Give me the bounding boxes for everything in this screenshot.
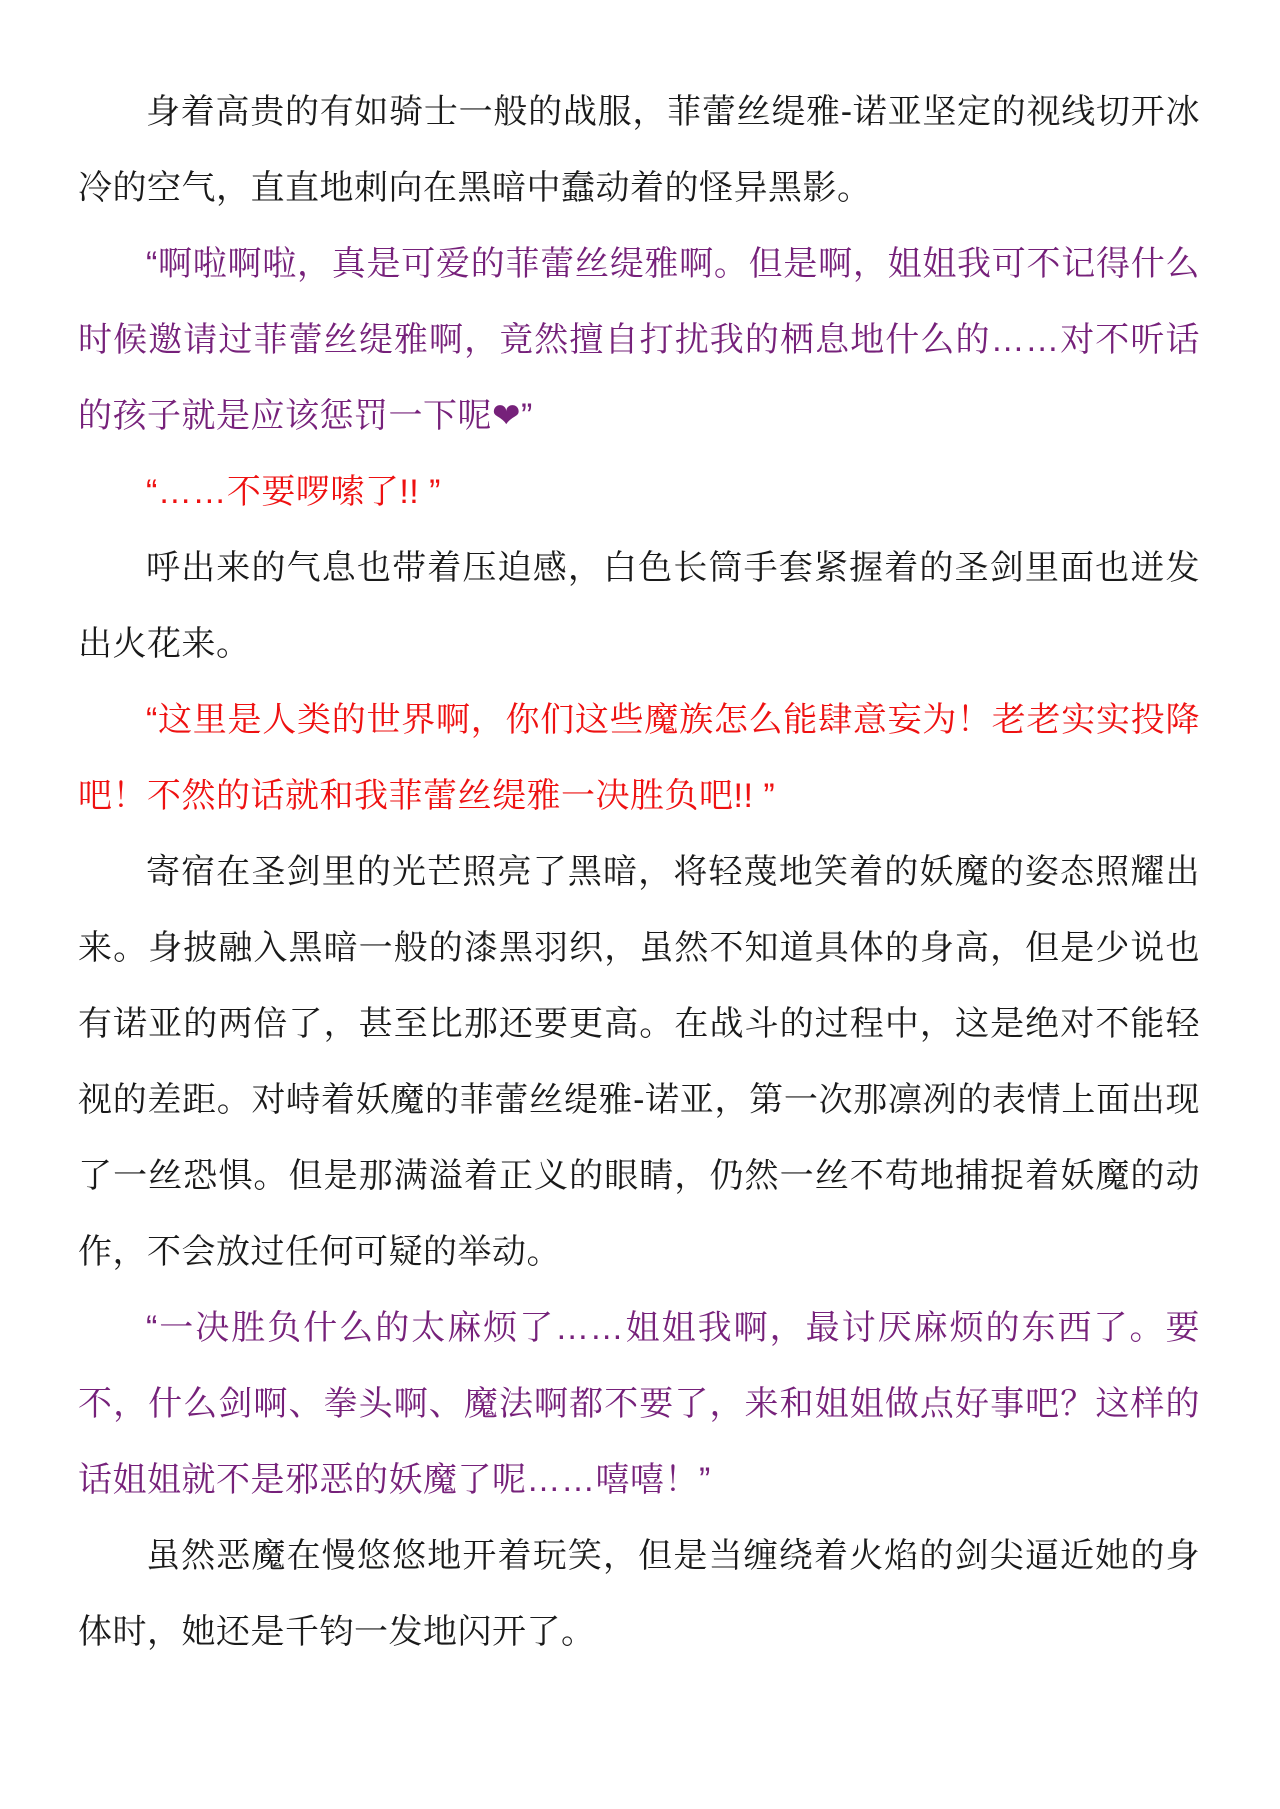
paragraph-narration: 虽然恶魔在慢悠悠地开着玩笑，但是当缠绕着火焰的剑尖逼近她的身体时，她还是千钧一发… [78,1518,1200,1670]
paragraph-dialogue-heroine: “这里是人类的世界啊，你们这些魔族怎么能肆意妄为！老老实实投降吧！不然的话就和我… [78,682,1200,834]
document-page: 身着高贵的有如骑士一般的战服，菲蕾丝缇雅-诺亚坚定的视线切开冰冷的空气，直直地刺… [0,0,1280,1809]
paragraph-dialogue-demon: “啊啦啊啦，真是可爱的菲蕾丝缇雅啊。但是啊，姐姐我可不记得什么时候邀请过菲蕾丝缇… [78,226,1200,454]
paragraph-dialogue-heroine: “……不要啰嗦了!! ” [78,454,1200,530]
paragraph-narration: 身着高贵的有如骑士一般的战服，菲蕾丝缇雅-诺亚坚定的视线切开冰冷的空气，直直地刺… [78,74,1200,226]
paragraph-narration: 呼出来的气息也带着压迫感，白色长筒手套紧握着的圣剑里面也迸发出火花来。 [78,530,1200,682]
paragraph-narration: 寄宿在圣剑里的光芒照亮了黑暗，将轻蔑地笑着的妖魔的姿态照耀出来。身披融入黑暗一般… [78,834,1200,1290]
paragraph-dialogue-demon: “一决胜负什么的太麻烦了……姐姐我啊，最讨厌麻烦的东西了。要不，什么剑啊、拳头啊… [78,1290,1200,1518]
